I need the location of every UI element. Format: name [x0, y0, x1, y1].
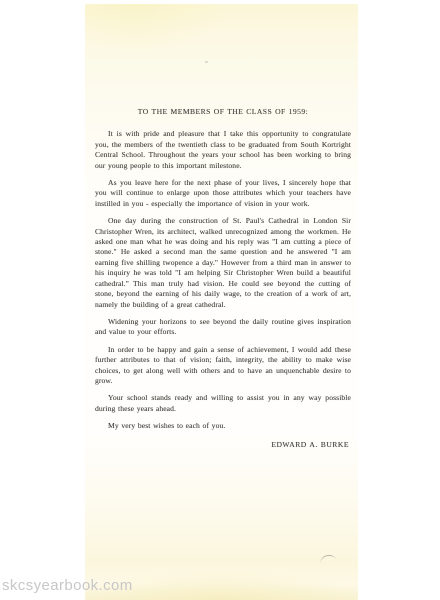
signature-line: EDWARD A. BURKE: [95, 440, 351, 450]
letter-paragraph-7: My very best wishes to each of you.: [95, 421, 351, 431]
letter-paragraph-4: Widening your horizons to see beyond the…: [95, 317, 351, 338]
letter-paragraph-6: Your school stands ready and willing to …: [95, 393, 351, 414]
letter-salutation: TO THE MEMBERS OF THE CLASS OF 1959:: [95, 107, 351, 117]
letter-body: TO THE MEMBERS OF THE CLASS OF 1959: It …: [95, 107, 351, 450]
letter-paper: TO THE MEMBERS OF THE CLASS OF 1959: It …: [85, 4, 358, 600]
letter-paragraph-2: As you leave here for the next phase of …: [95, 178, 351, 209]
scanned-page: TO THE MEMBERS OF THE CLASS OF 1959: It …: [0, 0, 440, 600]
letter-paragraph-1: It is with pride and pleasure that I tak…: [95, 129, 351, 171]
watermark-text: skcsyearbook.com: [2, 577, 133, 594]
paper-speck: [205, 61, 208, 63]
letter-paragraph-5: In order to be happy and gain a sense of…: [95, 345, 351, 387]
letter-paragraph-3: One day during the construction of St. P…: [95, 216, 351, 310]
